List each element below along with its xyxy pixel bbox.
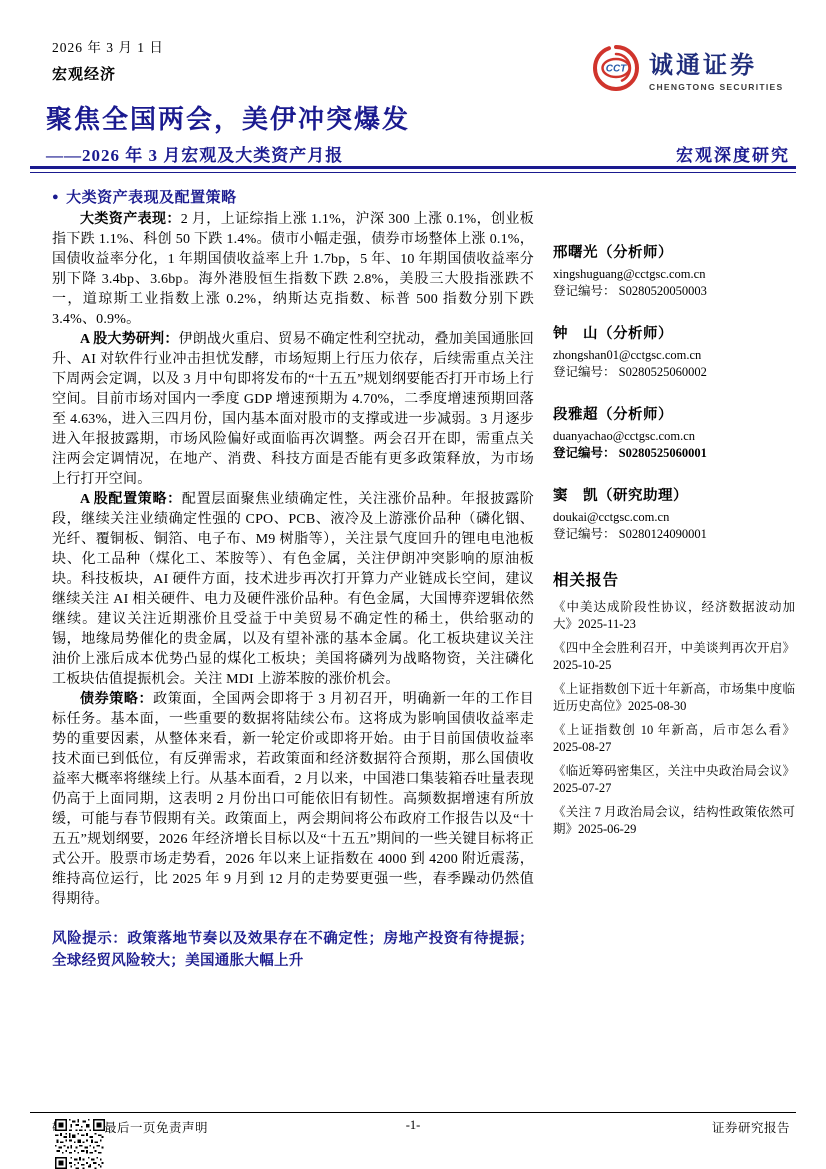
related-report-item: 《四中全会胜利召开，中美谈判再次开启》2025-10-25	[553, 640, 795, 673]
page-number: -1-	[0, 1118, 826, 1133]
analyst-registration: 登记编号： S0280525060001	[553, 445, 795, 462]
footer-divider	[30, 1112, 796, 1113]
qr-code-icon	[55, 1119, 105, 1169]
section-title: 大类资产表现及配置策略	[66, 186, 237, 207]
analyst-block: 段雅超（分析师） duanyachao@cctgsc.com.cn 登记编号： …	[553, 406, 795, 462]
sidebar: 邢曙光（分析师） xingshuguang@cctgsc.com.cn 登记编号…	[553, 244, 795, 845]
analyst-name: 钟 山（分析师）	[553, 325, 795, 344]
paragraph-a-share-allocation: A 股配置策略：配置层面聚焦业绩确定性，关注涨价品种。年报披露阶段，继续关注业绩…	[52, 490, 534, 690]
paragraph-text: 配置层面聚焦业绩确定性，关注涨价品种。年报披露阶段，继续关注业绩确定性强的 CP…	[52, 492, 534, 687]
paragraph-text: 伊朗战火重启、贸易不确定性利空扰动，叠加美国通胀回升、AI 对软件行业冲击担忧发…	[52, 332, 534, 487]
page-title: 聚焦全国两会，美伊冲突爆发	[46, 99, 410, 136]
paragraph-lead: 债券策略：	[80, 692, 153, 707]
paragraph-lead: A 股配置策略：	[80, 492, 182, 507]
analyst-registration: 登记编号： S0280525060002	[553, 364, 795, 381]
header-divider	[30, 166, 796, 173]
paragraph-bond-strategy: 债券策略：政策面，全国两会即将于 3 月初召开，明确新一年的工作目标任务。基本面…	[52, 690, 534, 910]
brand-name-cn: 诚通证券	[649, 45, 783, 80]
brand-name: 诚通证券 CHENGTONG SECURITIES	[649, 45, 783, 92]
analyst-email: doukai@cctgsc.com.cn	[553, 508, 795, 526]
page-subtitle: ——2026 年 3 月宏观及大类资产月报	[46, 141, 343, 166]
bullet-icon: ●	[52, 191, 59, 203]
related-report-item: 《关注 7 月政治局会议，结构性政策依然可期》2025-06-29	[553, 804, 795, 837]
brand-name-en: CHENGTONG SECURITIES	[649, 82, 783, 92]
brand-logo: CCT 诚通证券 CHENGTONG SECURITIES	[592, 44, 783, 92]
related-report-item: 《中美达成阶段性协议，经济数据波动加大》2025-11-23	[553, 599, 795, 632]
subtitle-row: ——2026 年 3 月宏观及大类资产月报 宏观深度研究	[46, 141, 790, 166]
report-category: 宏观经济	[52, 63, 164, 84]
paragraph-asset-performance: 大类资产表现：2 月，上证综指上涨 1.1%，沪深 300 上涨 0.1%，创业…	[52, 210, 534, 330]
paragraph-lead: 大类资产表现：	[80, 212, 181, 227]
cct-logo-icon: CCT	[592, 44, 640, 92]
report-type-label: 宏观深度研究	[676, 141, 790, 166]
header-meta: 2026 年 3 月 1 日 宏观经济	[52, 36, 164, 84]
svg-text:CCT: CCT	[606, 64, 627, 75]
paragraph-a-share-outlook: A 股大势研判：伊朗战火重启、贸易不确定性利空扰动，叠加美国通胀回升、AI 对软…	[52, 330, 534, 490]
footer-report-label: 证券研究报告	[712, 1118, 790, 1136]
related-report-item: 《上证指数创下近十年新高，市场集中度临近历史高位》2025-08-30	[553, 681, 795, 714]
paragraph-text: 政策面，全国两会即将于 3 月初召开，明确新一年的工作目标任务。基本面，一些重要…	[52, 692, 534, 907]
analyst-name: 段雅超（分析师）	[553, 406, 795, 425]
analyst-block: 窦 凯（研究助理） doukai@cctgsc.com.cn 登记编号： S02…	[553, 487, 795, 543]
analyst-block: 邢曙光（分析师） xingshuguang@cctgsc.com.cn 登记编号…	[553, 244, 795, 300]
analyst-registration: 登记编号： S0280124090001	[553, 526, 795, 543]
analyst-block: 钟 山（分析师） zhongshan01@cctgsc.com.cn 登记编号：…	[553, 325, 795, 381]
analyst-name: 窦 凯（研究助理）	[553, 487, 795, 506]
main-content: ● 大类资产表现及配置策略 大类资产表现：2 月，上证综指上涨 1.1%，沪深 …	[52, 186, 534, 972]
analyst-name: 邢曙光（分析师）	[553, 244, 795, 263]
related-report-item: 《上证指数创 10 年新高，后市怎么看》2025-08-27	[553, 722, 795, 755]
paragraph-text: 2 月，上证综指上涨 1.1%，沪深 300 上涨 0.1%，创业板指下跌 1.…	[52, 212, 534, 327]
analyst-email: xingshuguang@cctgsc.com.cn	[553, 265, 795, 283]
analyst-email: duanyachao@cctgsc.com.cn	[553, 427, 795, 445]
related-reports-title: 相关报告	[553, 568, 795, 590]
analyst-registration: 登记编号： S0280520050003	[553, 283, 795, 300]
analyst-email: zhongshan01@cctgsc.com.cn	[553, 346, 795, 364]
report-page: 2026 年 3 月 1 日 宏观经济 CCT 诚通证券 CHENGTONG S…	[0, 0, 826, 1169]
risk-warning: 风险提示：政策落地节奏以及效果存在不确定性；房地产投资有待提振；全球经贸风险较大…	[52, 928, 534, 972]
paragraph-lead: A 股大势研判：	[80, 332, 179, 347]
publication-date: 2026 年 3 月 1 日	[52, 36, 164, 56]
related-report-item: 《临近筹码密集区，关注中央政治局会议》2025-07-27	[553, 763, 795, 796]
section-heading: ● 大类资产表现及配置策略	[52, 186, 534, 207]
